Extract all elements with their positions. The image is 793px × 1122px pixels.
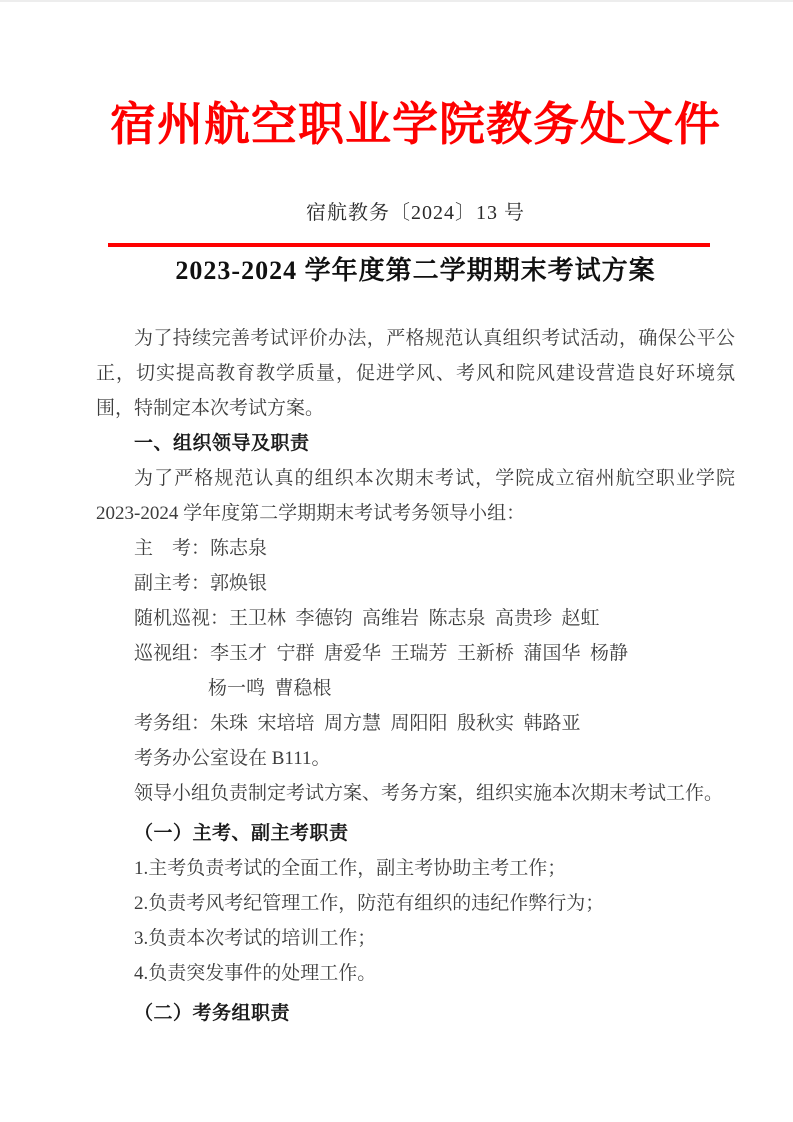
subsection-1-heading: （一）主考、副主考职责: [96, 816, 735, 851]
document-title: 2023-2024 学年度第二学期期末考试方案: [96, 253, 735, 289]
roster-inspection-group-continued: 杨一鸣 曹稳根: [96, 671, 735, 706]
duty-item-2: 2.负责考风考纪管理工作，防范有组织的违纪作弊行为；: [96, 886, 735, 921]
letterhead-title: 宿州航空职业学院教务处文件: [96, 96, 735, 152]
red-divider-line: [108, 243, 710, 247]
duty-item-3: 3.负责本次考试的培训工作；: [96, 921, 735, 956]
document-content: 宿州航空职业学院教务处文件 宿航教务〔2024〕13 号 2023-2024 学…: [0, 2, 793, 1031]
roster-deputy-examiner: 副主考：郭焕银: [96, 566, 735, 601]
duty-item-1: 1.主考负责考试的全面工作，副主考协助主考工作；: [96, 851, 735, 886]
roster-random-inspection: 随机巡视：王卫林 李德钧 高维岩 陈志泉 高贵珍 赵虹: [96, 601, 735, 636]
leading-group-duty-note: 领导小组负责制定考试方案、考务方案，组织实施本次期末考试工作。: [96, 776, 735, 811]
roster-exam-affairs-group: 考务组：朱珠 宋培培 周方慧 周阳阳 殷秋实 韩路亚: [96, 706, 735, 741]
document-body: 为了持续完善考试评价办法，严格规范认真组织考试活动，确保公平公正，切实提高教育教…: [96, 321, 735, 1031]
duty-item-4: 4.负责突发事件的处理工作。: [96, 956, 735, 991]
section-1-lead: 为了严格规范认真的组织本次期末考试，学院成立宿州航空职业学院 2023-2024…: [96, 461, 735, 531]
document-number: 宿航教务〔2024〕13 号: [96, 198, 735, 228]
section-1-heading: 一、组织领导及职责: [96, 426, 735, 461]
roster-inspection-group: 巡视组：李玉才 宁群 唐爱华 王瑞芳 王新桥 蒲国华 杨静: [96, 636, 735, 671]
roster-chief-examiner: 主 考：陈志泉: [96, 531, 735, 566]
subsection-2-heading: （二）考务组职责: [96, 996, 735, 1031]
roster-exam-office-location: 考务办公室设在 B111。: [96, 741, 735, 776]
document-page: 宿州航空职业学院教务处文件 宿航教务〔2024〕13 号 2023-2024 学…: [0, 0, 793, 1122]
intro-paragraph: 为了持续完善考试评价办法，严格规范认真组织考试活动，确保公平公正，切实提高教育教…: [96, 321, 735, 426]
